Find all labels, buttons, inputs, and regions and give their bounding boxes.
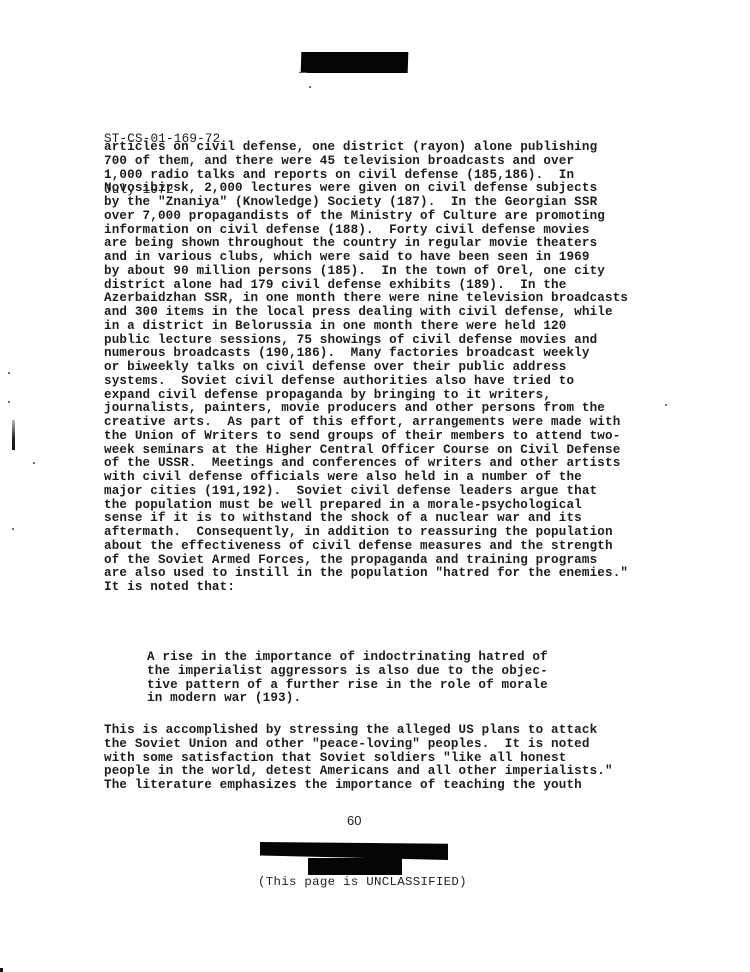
text-line: systems. Soviet civil defense authoritie… (104, 375, 628, 389)
scan-speck (309, 86, 311, 88)
block-quote: A rise in the importance of indoctrinati… (147, 651, 548, 706)
text-line: creative arts. As part of this effort, a… (104, 416, 628, 430)
text-line: A rise in the importance of indoctrinati… (147, 651, 548, 665)
text-line: are being shown throughout the country i… (104, 237, 628, 251)
text-line: or biweekly talks on civil defense over … (104, 361, 628, 375)
margin-scan-mark (12, 420, 15, 450)
text-line: aftermath. Consequently, in addition to … (104, 526, 628, 540)
text-line: of the USSR. Meetings and conferences of… (104, 457, 628, 471)
document-page: ST-CS-01-169-72 July 1972 articles on ci… (0, 0, 750, 972)
text-line: with civil defense officials were also h… (104, 471, 628, 485)
scan-speck (8, 401, 10, 403)
scan-speck (12, 528, 14, 530)
text-line: tive pattern of a further rise in the ro… (147, 679, 548, 693)
text-line: public lecture sessions, 75 showings of … (104, 334, 628, 348)
text-line: journalists, painters, movie producers a… (104, 402, 628, 416)
body-paragraph: articles on civil defense, one district … (104, 141, 628, 595)
text-line: in modern war (193). (147, 692, 548, 706)
page-number: 60 (347, 813, 361, 828)
text-line: articles on civil defense, one district … (104, 141, 628, 155)
text-line: This is accomplished by stressing the al… (104, 724, 613, 738)
scan-speck (8, 372, 10, 374)
text-line: week seminars at the Higher Central Offi… (104, 444, 628, 458)
classification-notice: (This page is UNCLASSIFIED) (258, 875, 467, 889)
redaction-edge-mark (299, 72, 307, 73)
continuation-paragraph: This is accomplished by stressing the al… (104, 724, 613, 793)
text-line: the Soviet Union and other "peace-loving… (104, 738, 613, 752)
text-line: about the effectiveness of civil defense… (104, 540, 628, 554)
scan-speck (665, 404, 667, 406)
text-line: It is noted that: (104, 581, 628, 595)
corner-scan-mark (0, 968, 3, 972)
text-line: people in the world, detest Americans an… (104, 765, 613, 779)
text-line: district alone had 179 civil defense exh… (104, 279, 628, 293)
text-line: The literature emphasizes the importance… (104, 779, 613, 793)
text-line: information on civil defense (188). Fort… (104, 224, 628, 238)
text-line: expand civil defense propaganda by bring… (104, 389, 628, 403)
text-line: major cities (191,192). Soviet civil def… (104, 485, 628, 499)
text-line: Azerbaidzhan SSR, in one month there wer… (104, 292, 628, 306)
text-line: sense if it is to withstand the shock of… (104, 512, 628, 526)
text-line: of the Soviet Armed Forces, the propagan… (104, 554, 628, 568)
bottom-redaction-block (308, 858, 402, 875)
text-line: 700 of them, and there were 45 televisio… (104, 155, 628, 169)
text-line: by the "Znaniya" (Knowledge) Society (18… (104, 196, 628, 210)
text-line: are also used to instill in the populati… (104, 567, 628, 581)
text-line: over 7,000 propagandists of the Ministry… (104, 210, 628, 224)
text-line: in a district in Belorussia in one month… (104, 320, 628, 334)
text-line: numerous broadcasts (190,186). Many fact… (104, 347, 628, 361)
text-line: by about 90 million persons (185). In th… (104, 265, 628, 279)
text-line: the population must be well prepared in … (104, 499, 628, 513)
text-line: and 300 items in the local press dealing… (104, 306, 628, 320)
text-line: the Union of Writers to send groups of t… (104, 430, 628, 444)
text-line: and in various clubs, which were said to… (104, 251, 628, 265)
top-redaction-block (301, 52, 409, 73)
scan-speck (33, 462, 35, 464)
text-line: Novosibirsk, 2,000 lectures were given o… (104, 182, 628, 196)
text-line: with some satisfaction that Soviet soldi… (104, 752, 613, 766)
text-line: the imperialist aggressors is also due t… (147, 665, 548, 679)
text-line: 1,000 radio talks and reports on civil d… (104, 169, 628, 183)
